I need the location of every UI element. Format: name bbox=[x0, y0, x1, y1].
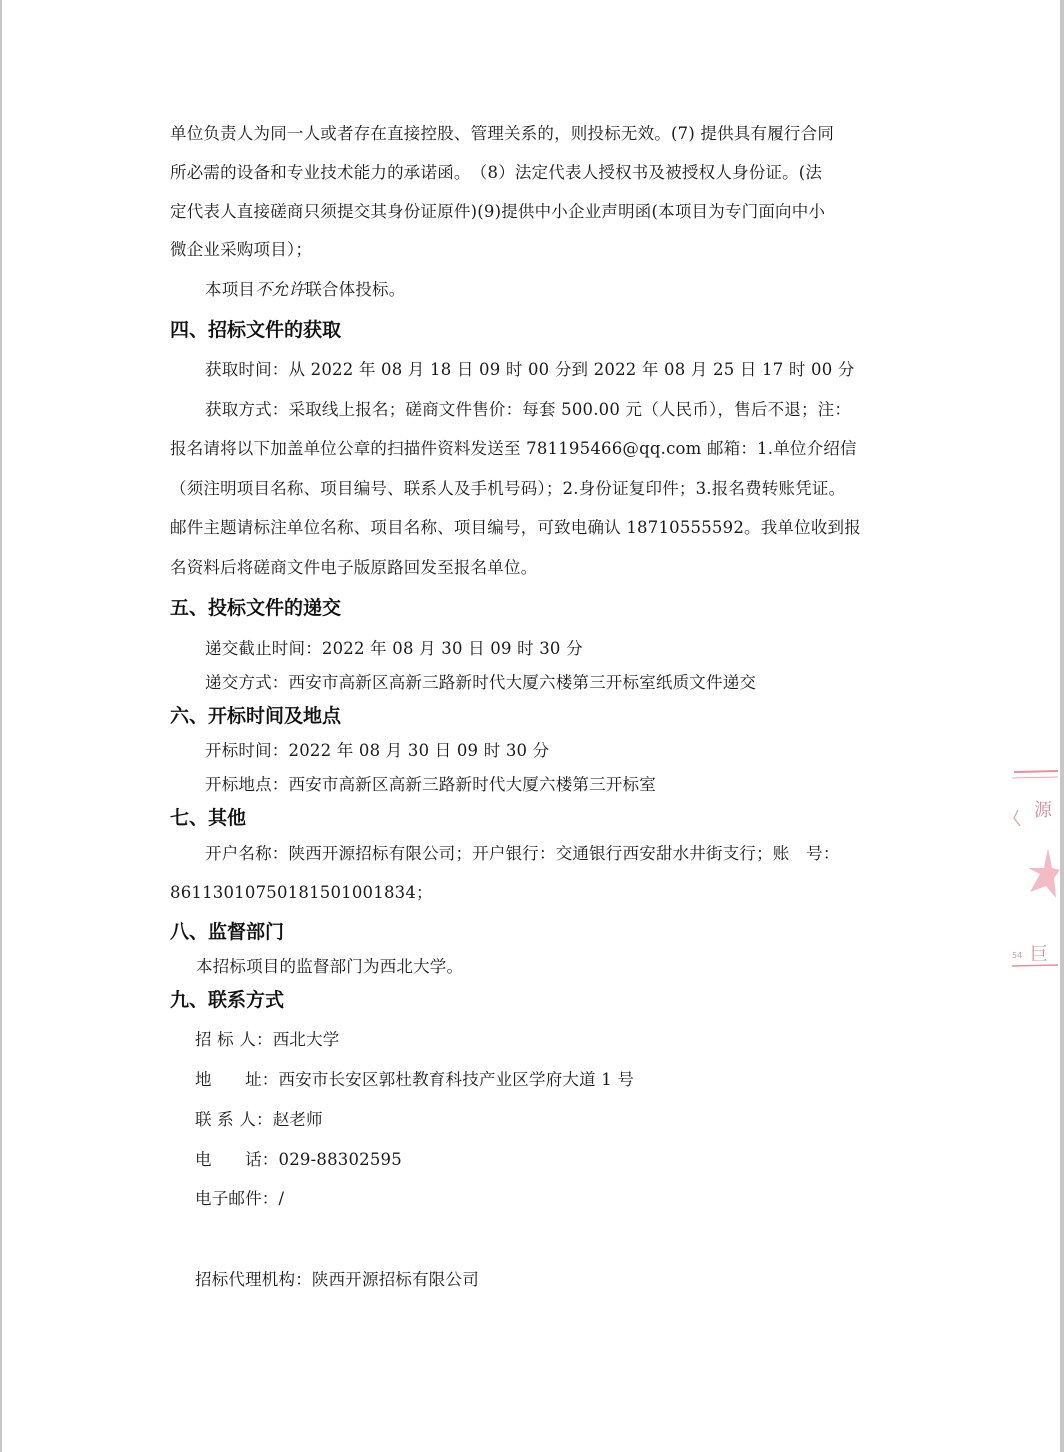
contact-label: 电子邮件： bbox=[195, 1189, 279, 1209]
contact-label: 电 话： bbox=[195, 1150, 279, 1170]
seal-star-icon: 源 54 巨 bbox=[1008, 768, 1060, 968]
section-6-line: 开标时间：2022 年 08 月 30 日 09 时 30 分 bbox=[205, 741, 549, 761]
section-heading-4: 四、招标文件的获取 bbox=[170, 319, 341, 341]
contact-row-person: 联 系 人：赵老师 bbox=[195, 1110, 323, 1130]
svg-text:源: 源 bbox=[1034, 800, 1053, 821]
section-5-line: 递交方式：西安市高新区高新三路新时代大厦六楼第三开标室纸质文件递交 bbox=[205, 673, 756, 693]
official-seal-stamp: 源 54 巨 bbox=[1008, 768, 1060, 968]
section-8-line: 本招标项目的监督部门为西北大学。 bbox=[196, 957, 463, 977]
contact-row-email: 电子邮件：/ bbox=[195, 1189, 284, 1209]
agency-row: 招标代理机构：陕西开源招标有限公司 bbox=[195, 1270, 479, 1290]
section-4-line: 获取时间：从 2022 年 08 月 18 日 09 时 00 分到 2022 … bbox=[205, 360, 855, 380]
consortium-note: 本项目不允许联合体投标。 bbox=[205, 280, 405, 300]
svg-text:54: 54 bbox=[1012, 951, 1022, 960]
section-7-line: 开户名称：陕西开源招标有限公司；开户银行：交通银行西安甜水井街支行；账 号： bbox=[205, 844, 840, 864]
paragraph-line: 微企业采购项目）； bbox=[170, 240, 312, 260]
section-6-line: 开标地点：西安市高新区高新三路新时代大厦六楼第三开标室 bbox=[205, 775, 656, 795]
page-left-border bbox=[0, 0, 2, 1452]
contact-value: 西北大学 bbox=[273, 1030, 340, 1049]
contact-label: 招 标 人： bbox=[195, 1030, 273, 1050]
section-5-line: 递交截止时间：2022 年 08 月 30 日 09 时 30 分 bbox=[205, 639, 583, 659]
consortium-suffix: 联合体投标。 bbox=[305, 280, 405, 299]
contact-label: 联 系 人： bbox=[195, 1110, 273, 1130]
section-heading-9: 九、联系方式 bbox=[170, 989, 284, 1011]
section-heading-6: 六、开标时间及地点 bbox=[170, 705, 341, 727]
section-4-line: （须注明项目名称、项目编号、联系人及手机号码）；2.身份证复印件；3.报名费转账… bbox=[170, 479, 845, 499]
consortium-prefix: 本项目 bbox=[205, 280, 255, 299]
section-4-line: 名资料后将磋商文件电子版原路回发至报名单位。 bbox=[170, 558, 537, 578]
account-number: 861130107501815010018​34； bbox=[170, 883, 433, 903]
svg-text:巨: 巨 bbox=[1030, 944, 1048, 965]
section-4-line: 邮件主题请标注单位名称、项目名称、项目编号，可致电确认 18710555592。… bbox=[170, 518, 861, 538]
section-heading-7: 七、其他 bbox=[170, 807, 246, 829]
contact-label: 地 址： bbox=[195, 1070, 279, 1090]
contact-value: 西安市长安区郭杜教育科技产业区学府大道 1 号 bbox=[279, 1070, 635, 1089]
section-4-line: 获取方式：采取线上报名；磋商文件售价：每套 500.00 元（人民币），售后不退… bbox=[205, 400, 851, 420]
consortium-emphasis: 不允许 bbox=[255, 280, 305, 299]
section-heading-5: 五、投标文件的递交 bbox=[170, 597, 341, 619]
contact-value: 赵老师 bbox=[273, 1110, 323, 1129]
contact-row-tenderer: 招 标 人：西北大学 bbox=[195, 1030, 340, 1050]
contact-value: 029-88302595 bbox=[279, 1150, 402, 1169]
contact-row-phone: 电 话：029-88302595 bbox=[195, 1150, 402, 1170]
page-right-border bbox=[1060, 0, 1064, 1452]
contact-value: / bbox=[279, 1189, 285, 1208]
paragraph-line: 单位负责人为同一人或者存在直接控股、管理关系的，则投标无效。(7) 提供具有履行… bbox=[170, 124, 834, 144]
agency-value: 陕西开源招标有限公司 bbox=[312, 1270, 479, 1289]
section-heading-8: 八、监督部门 bbox=[170, 921, 284, 943]
section-4-line: 报名请将以下加盖单位公章的扫描件资料发送至 781195466@qq.com 邮… bbox=[170, 439, 857, 459]
paragraph-line: 定代表人直接磋商只须提交其身份证原件)(9)提供中小企业声明函(本项目为专门面向… bbox=[170, 202, 825, 222]
paragraph-line: 所必需的设备和专业技术能力的承诺函。 （8）法定代表人授权书及被授权人身份证。(… bbox=[170, 163, 822, 183]
agency-label: 招标代理机构： bbox=[195, 1270, 312, 1289]
contact-row-address: 地 址：西安市长安区郭杜教育科技产业区学府大道 1 号 bbox=[195, 1070, 634, 1090]
